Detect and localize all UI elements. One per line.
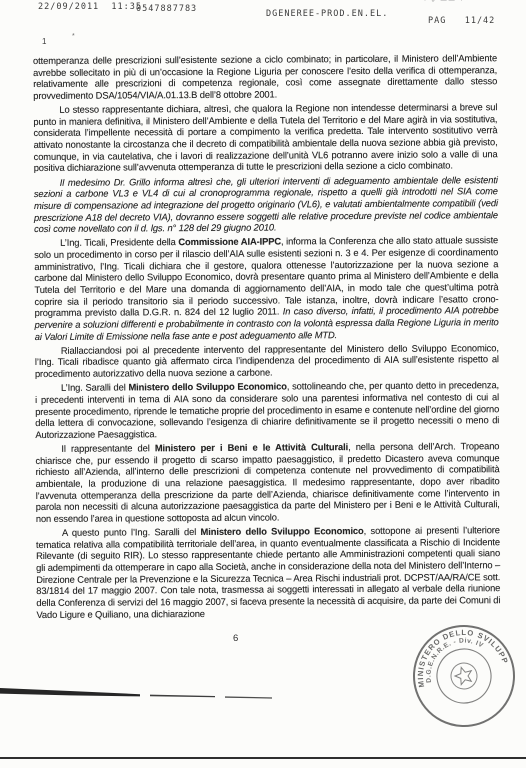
paragraph-7: Il rappresentante del Ministero per i Be…	[35, 440, 499, 524]
paragraph-4: L’Ing. Ticali, Presidente della Commissi…	[34, 235, 499, 343]
text-segment: Lo stesso rappresentante dichiara, altre…	[33, 101, 497, 173]
text-segment: , sottopone ai presenti l’ulteriore tema…	[36, 524, 500, 619]
text-segment: Ministero per i Beni e le Attività Cultu…	[155, 441, 348, 453]
fax-number: 0547887783	[136, 4, 197, 14]
scan-corner-artifact: · # —— ·	[424, 0, 464, 4]
text-segment: A questo punto l’Ing. Saralli del	[62, 526, 201, 538]
text-segment: ottemperanza delle prescrizioni sull’esi…	[33, 52, 497, 101]
fax-datetime: 22/09/2011 11:35	[38, 2, 142, 12]
scan-bottom-edge	[0, 757, 526, 759]
paragraph-8: A questo punto l’Ing. Saralli del Minist…	[36, 524, 501, 620]
stamp-star-icon	[453, 665, 474, 686]
paragraph-2: Lo stesso rappresentante dichiara, altre…	[33, 101, 497, 174]
fax-page-indicator: PAG 11/42	[428, 16, 495, 26]
scan-smudge-artifact	[0, 684, 300, 706]
text-segment: Il rappresentante del	[61, 442, 154, 454]
text-segment: Ministero dello Sviluppo Economico	[128, 381, 286, 393]
text-segment: Ministero dello Sviluppo Economico	[201, 525, 364, 537]
paragraph-5: Riallacciandosi poi al precedente interv…	[35, 342, 499, 380]
paragraph-3: Il medesimo Dr. Grillo informa altresì c…	[34, 174, 498, 235]
text-segment: Commissione AIA-IPPC	[178, 236, 281, 248]
ministry-round-stamp-icon: MINISTERO DELLO SVILUPPO D.G.E.N.R.E. - …	[402, 614, 526, 738]
fax-sender-id: DGENEREE-PROD.EN.EL.	[266, 9, 388, 19]
page-number: 6	[233, 633, 238, 644]
paragraph-1: ottemperanza delle prescrizioni sull’esi…	[33, 52, 497, 101]
text-segment: Riallacciandosi poi al precedente interv…	[35, 342, 499, 379]
margin-mark: *	[72, 33, 75, 40]
scanned-fax-page: 22/09/2011 11:35 0547887783 DGENEREE-PRO…	[0, 0, 526, 768]
paragraph-6: L’Ing. Saralli del Ministero dello Svilu…	[35, 379, 499, 440]
margin-mark: 1	[42, 37, 46, 46]
text-segment: L’Ing. Saralli del	[61, 382, 129, 393]
document-body: ottemperanza delle prescrizioni sull’esi…	[33, 52, 500, 623]
text-segment: Il medesimo Dr. Grillo informa altresì c…	[60, 175, 237, 187]
text-segment: L’Ing. Ticali, Presidente della	[60, 236, 178, 248]
